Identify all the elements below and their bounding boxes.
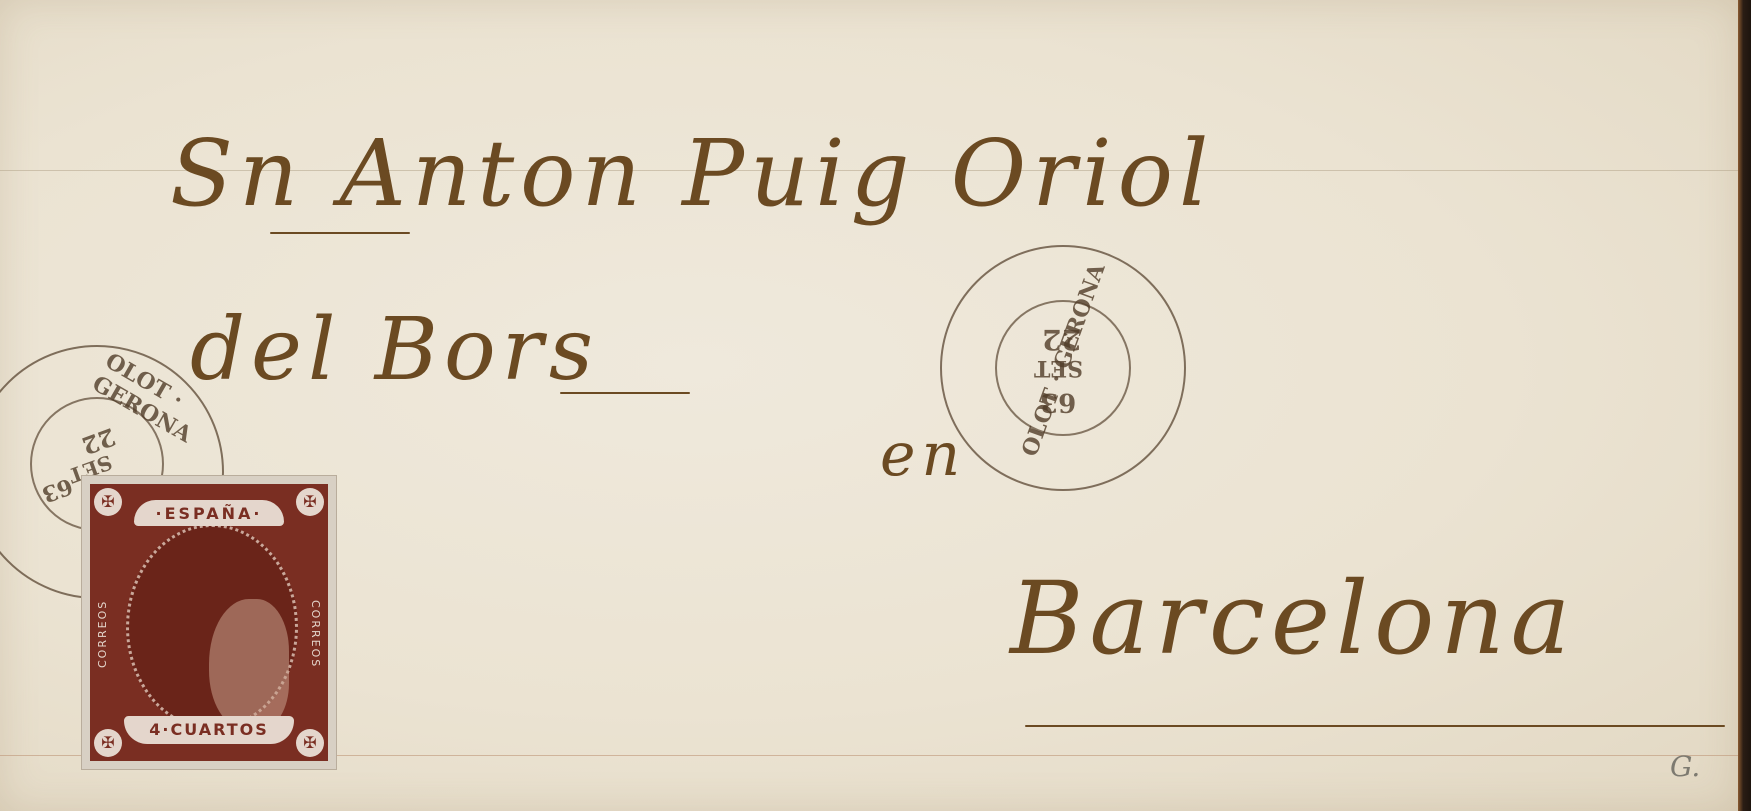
portrait-oval — [126, 524, 298, 730]
corner-ornament-icon: ✠ — [296, 488, 324, 516]
corner-ornament-icon: ✠ — [296, 729, 324, 757]
underline — [1025, 725, 1725, 727]
address-line-3: en — [880, 420, 966, 490]
address-line-4: Barcelona — [1010, 560, 1576, 677]
postal-cover: Sn Anton Puig Oriol del Bors en Barcelon… — [0, 0, 1738, 811]
pencil-mark: G. — [1670, 750, 1700, 783]
postage-stamp: ·ESPAÑA· 4·CUARTOS CORREOS CORREOS ✠ ✠ ✠… — [82, 476, 336, 769]
address-line-1: Sn Anton Puig Oriol — [170, 120, 1214, 227]
stamp-side-text: CORREOS — [96, 564, 116, 704]
underline — [560, 392, 690, 394]
background-edge — [1738, 0, 1751, 811]
corner-ornament-icon: ✠ — [94, 488, 122, 516]
stamp-side-text: CORREOS — [302, 564, 322, 704]
stamp-country: ·ESPAÑA· — [134, 500, 284, 526]
corner-ornament-icon: ✠ — [94, 729, 122, 757]
postmark-center: OLOT · GERONA 22 SET 63 — [940, 245, 1186, 491]
underline — [270, 232, 410, 234]
address-line-2: del Bors — [190, 300, 599, 400]
stamp-value: 4·CUARTOS — [124, 716, 294, 744]
queen-portrait — [209, 599, 289, 729]
